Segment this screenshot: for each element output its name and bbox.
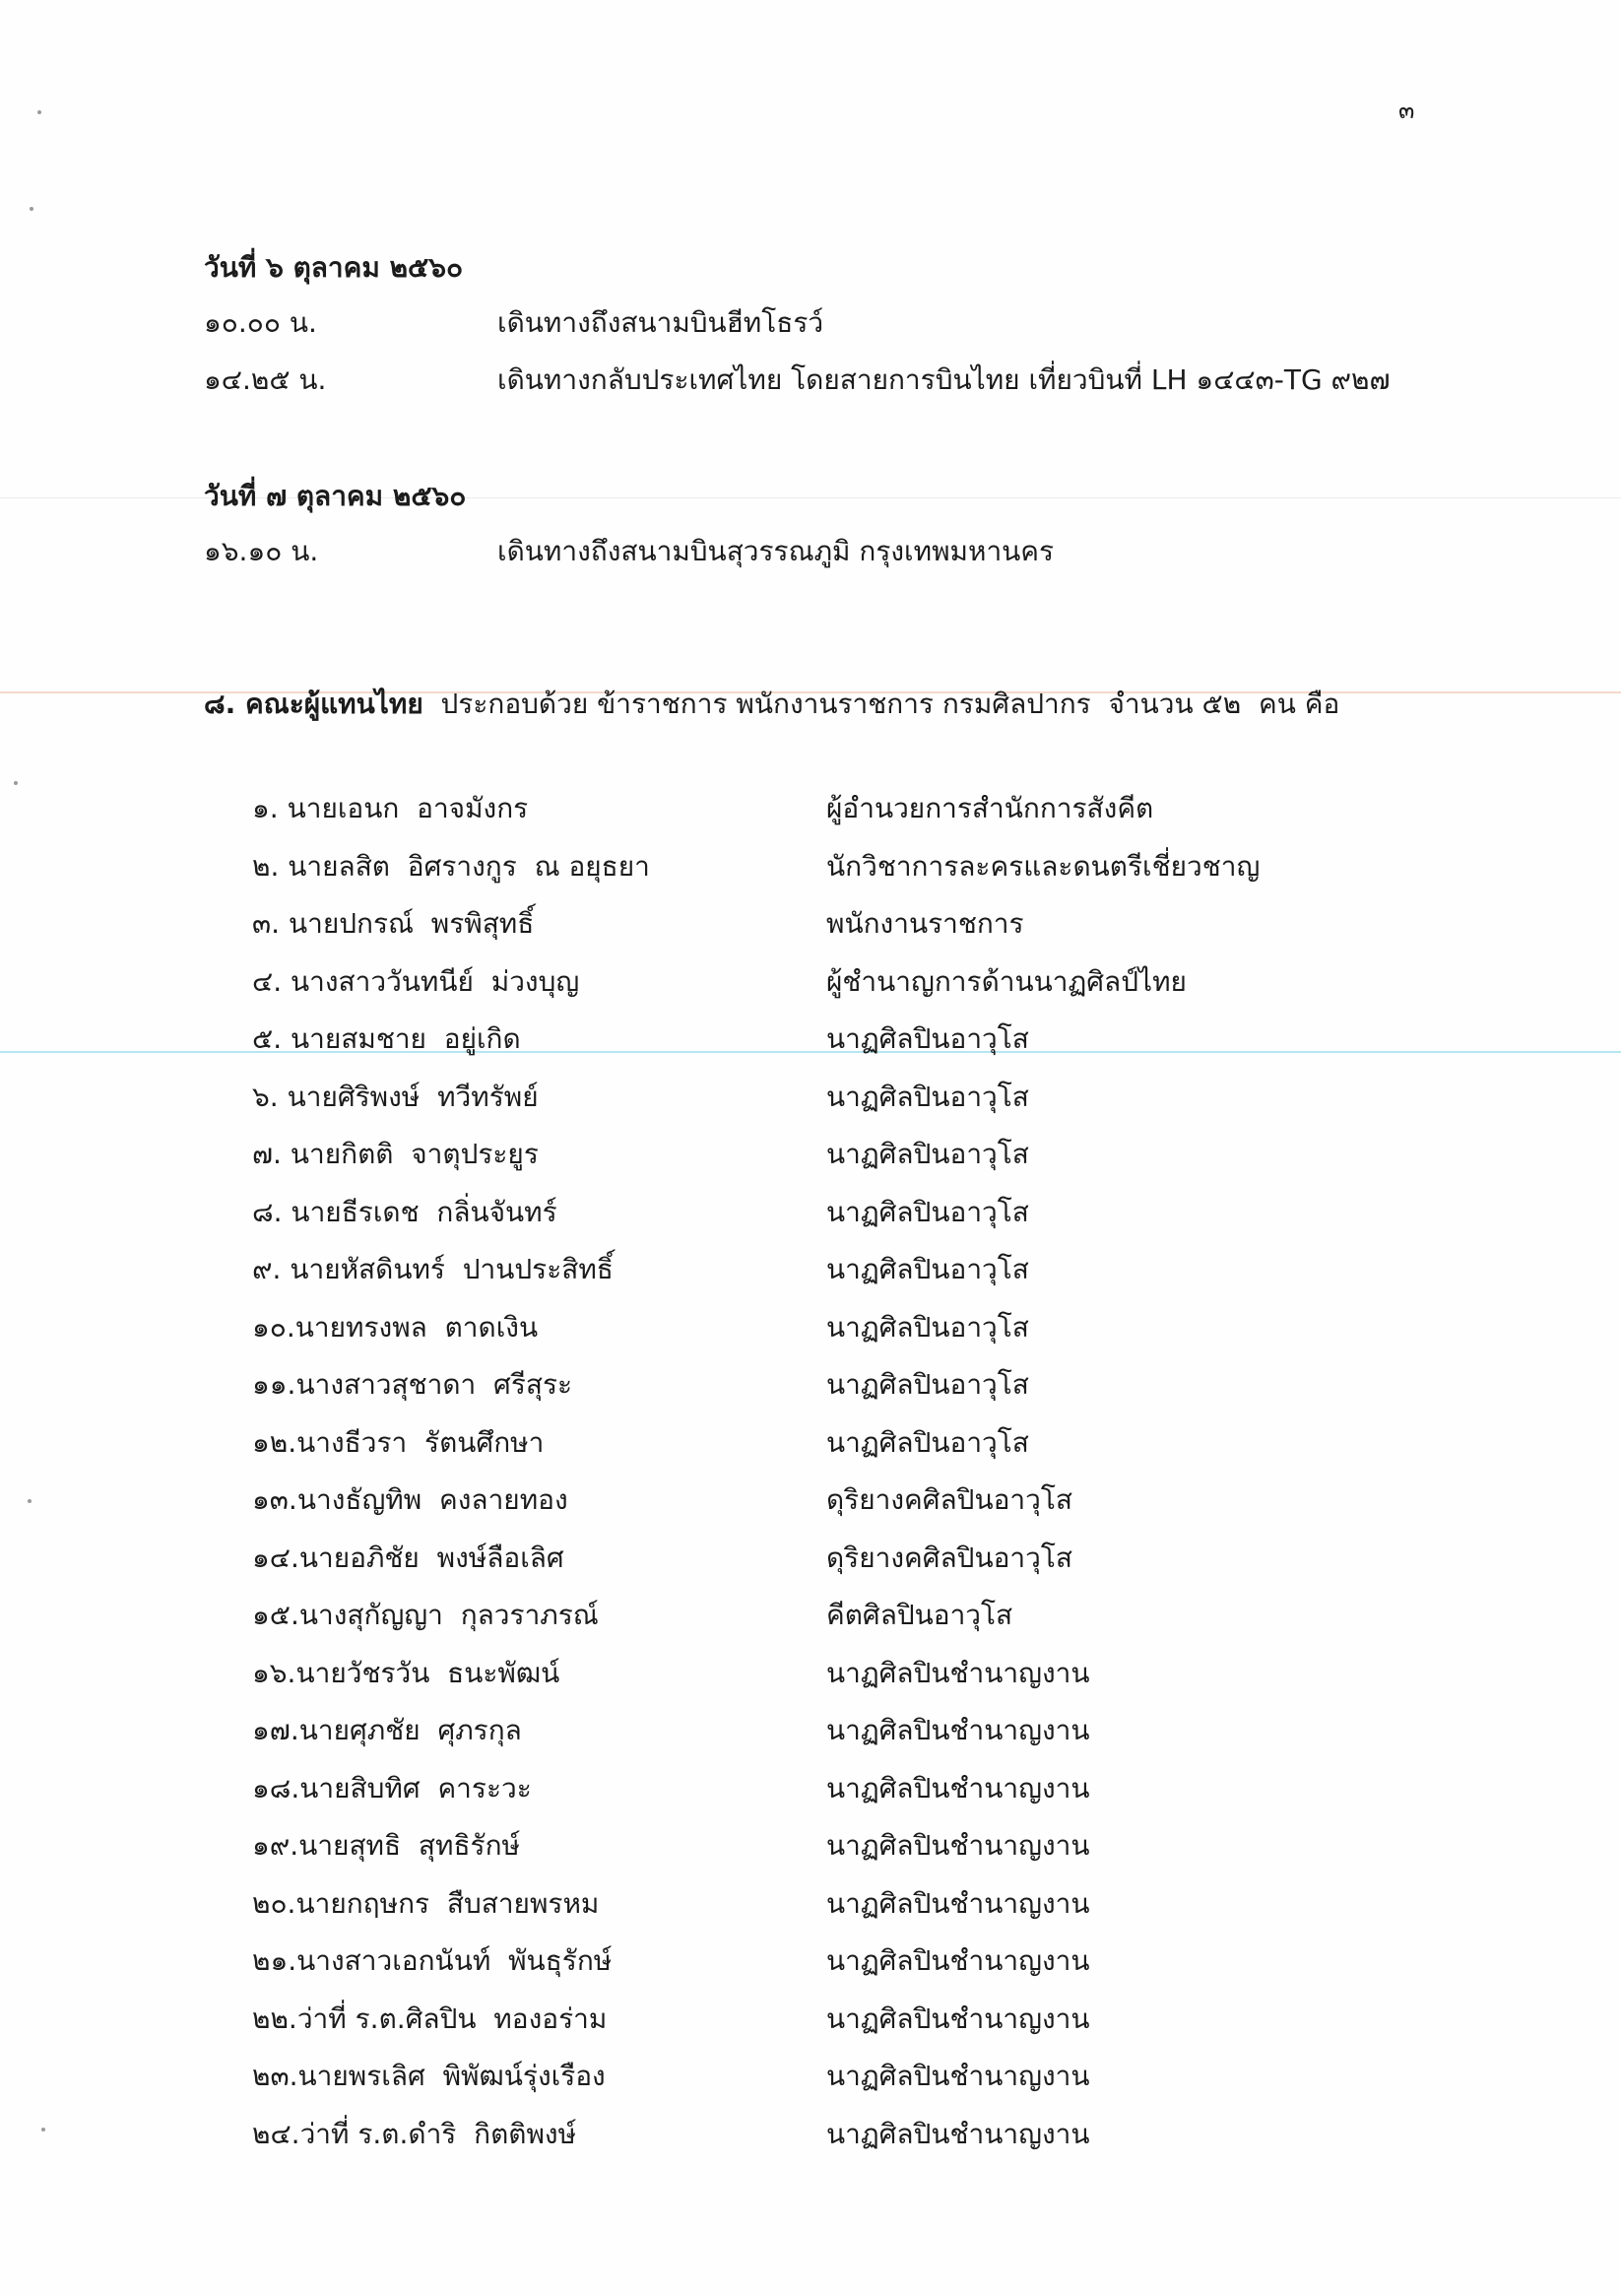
member-fullname: นางสาวเอกนันท์ พันธุรักษ์ [296, 1944, 612, 1977]
member-row: ๑๗.นายศุภชัย ศุภรกุลนาฏศิลปินชำนาญงาน [252, 1702, 1335, 1760]
member-position: นาฏศิลปินชำนาญงาน [826, 1824, 1090, 1868]
schedule-row: ๑๔.๒๕ น. เดินทางกลับประเทศไทย โดยสายการบ… [204, 359, 1391, 402]
member-row: ๑๔.นายอภิชัย พงษ์ลือเลิศดุริยางคศิลปินอา… [252, 1530, 1335, 1588]
member-row: ๕. นายสมชาย อยู่เกิดนาฏศิลปินอาวุโส [252, 1011, 1335, 1069]
member-position: ดุริยางคศิลปินอาวุโส [826, 1537, 1072, 1580]
member-fullname: นางธัญทิพ คงลายทอง [297, 1483, 568, 1516]
member-index: ๑๙. [252, 1824, 298, 1868]
member-index: ๑๓. [252, 1478, 297, 1522]
member-row: ๑๙.นายสุทธิ สุทธิรักษ์นาฏศิลปินชำนาญงาน [252, 1817, 1335, 1875]
member-position: คีตศิลปินอาวุโส [826, 1594, 1012, 1637]
member-position: นักวิชาการละครและดนตรีเชี่ยวชาญ [826, 845, 1260, 888]
member-name: ๗. นายกิตติ จาตุประยูร [252, 1133, 826, 1176]
member-fullname: ว่าที่ ร.ต.ศิลปิน ทองอร่าม [297, 2002, 607, 2035]
member-index: ๒๐. [252, 1882, 295, 1926]
member-index: ๗. [252, 1133, 282, 1176]
member-row: ๒๓.นายพรเลิศ พิพัฒน์รุ่งเรืองนาฏศิลปินชำ… [252, 2048, 1335, 2106]
section-description: ประกอบด้วย ข้าราชการ พนักงานราชการ กรมศิ… [423, 688, 1340, 720]
member-fullname: นางสาวสุชาดา ศรีสุระ [295, 1368, 572, 1401]
member-position: นาฏศิลปินอาวุโส [826, 1248, 1029, 1291]
document-page: ๓ วันที่ ๖ ตุลาคม ๒๕๖๐ ๑๐.๐๐ น. เดินทางถ… [0, 0, 1621, 2296]
member-fullname: นายลสิต อิศรางกูร ณ อยุธยา [288, 850, 650, 883]
member-position: นาฏศิลปินชำนาญงาน [826, 2113, 1090, 2156]
member-index: ๑๖. [252, 1652, 295, 1695]
section-title: ๘. คณะผู้แทนไทย [204, 688, 423, 720]
member-name: ๒๔.ว่าที่ ร.ต.ดำริ กิตติพงษ์ [252, 2113, 826, 2156]
member-row: ๖. นายศิริพงษ์ ทวีทรัพย์นาฏศิลปินอาวุโส [252, 1069, 1335, 1127]
member-index: ๑๗. [252, 1709, 299, 1752]
member-name: ๑๐.นายทรงพล ตาดเงิน [252, 1306, 826, 1349]
member-position: ผู้ชำนาญการด้านนาฏศิลป์ไทย [826, 960, 1187, 1004]
member-index: ๖. [252, 1076, 279, 1119]
member-row: ๒. นายลสิต อิศรางกูร ณ อยุธยานักวิชาการล… [252, 838, 1335, 896]
schedule-text: เดินทางถึงสนามบินสุวรรณภูมิ กรุงเทพมหานค… [497, 530, 1054, 573]
member-row: ๔. นางสาววันทนีย์ ม่วงบุญผู้ชำนาญการด้าน… [252, 953, 1335, 1012]
member-fullname: นายสุทธิ สุทธิรักษ์ [298, 1829, 520, 1862]
member-row: ๙. นายหัสดินทร์ ปานประสิทธิ์นาฏศิลปินอาว… [252, 1241, 1335, 1299]
member-row: ๘. นายธีรเดช กลิ่นจันทร์นาฏศิลปินอาวุโส [252, 1184, 1335, 1242]
member-name: ๑๔.นายอภิชัย พงษ์ลือเลิศ [252, 1537, 826, 1580]
member-row: ๒๑.นางสาวเอกนันท์ พันธุรักษ์นาฏศิลปินชำน… [252, 1933, 1335, 1991]
member-position: นาฏศิลปินชำนาญงาน [826, 2055, 1090, 2098]
member-index: ๒๑. [252, 1939, 296, 1983]
scan-speck [37, 110, 41, 114]
member-index: ๒๓. [252, 2055, 298, 2098]
member-name: ๑๓.นางธัญทิพ คงลายทอง [252, 1478, 826, 1522]
member-name: ๙. นายหัสดินทร์ ปานประสิทธิ์ [252, 1248, 826, 1291]
member-fullname: นางสาววันทนีย์ ม่วงบุญ [291, 965, 579, 998]
member-position: นาฏศิลปินชำนาญงาน [826, 1939, 1090, 1983]
member-fullname: นายวัชรวัน ธนะพัฒน์ [295, 1657, 559, 1689]
delegation-member-list: ๑. นายเอนก อาจมังกรผู้อำนวยการสำนักการสั… [252, 780, 1335, 2163]
member-fullname: นายกฤษกร สืบสายพรหม [295, 1887, 599, 1920]
member-position: นาฏศิลปินอาวุโส [826, 1076, 1029, 1119]
member-row: ๑๑.นางสาวสุชาดา ศรีสุระนาฏศิลปินอาวุโส [252, 1356, 1335, 1414]
member-fullname: นายสิบทิศ คาระวะ [299, 1772, 531, 1804]
member-fullname: นายปกรณ์ พรพิสุทธิ์ [289, 907, 534, 940]
member-index: ๘. [252, 1191, 283, 1234]
member-name: ๑๙.นายสุทธิ สุทธิรักษ์ [252, 1824, 826, 1868]
member-fullname: นายทรงพล ตาดเงิน [295, 1311, 538, 1344]
member-index: ๑๕. [252, 1594, 299, 1637]
page-number: ๓ [1398, 91, 1414, 129]
scan-speck [30, 207, 33, 211]
member-index: ๒. [252, 845, 279, 888]
member-row: ๑๒.นางธีวรา รัตนศึกษานาฏศิลปินอาวุโส [252, 1414, 1335, 1473]
member-row: ๗. นายกิตติ จาตุประยูรนาฏศิลปินอาวุโส [252, 1126, 1335, 1184]
day-heading: วันที่ ๗ ตุลาคม ๒๕๖๐ [204, 475, 466, 518]
member-row: ๒๔.ว่าที่ ร.ต.ดำริ กิตติพงษ์นาฏศิลปินชำน… [252, 2106, 1335, 2164]
day-heading: วันที่ ๖ ตุลาคม ๒๕๖๐ [204, 246, 463, 290]
member-row: ๑๐.นายทรงพล ตาดเงินนาฏศิลปินอาวุโส [252, 1299, 1335, 1357]
member-name: ๑๖.นายวัชรวัน ธนะพัฒน์ [252, 1652, 826, 1695]
member-name: ๑๒.นางธีวรา รัตนศึกษา [252, 1421, 826, 1465]
member-name: ๒๓.นายพรเลิศ พิพัฒน์รุ่งเรือง [252, 2055, 826, 2098]
member-index: ๑๔. [252, 1537, 299, 1580]
scan-speck [14, 781, 18, 785]
member-position: นาฏศิลปินชำนาญงาน [826, 1998, 1090, 2041]
member-name: ๕. นายสมชาย อยู่เกิด [252, 1017, 826, 1061]
member-index: ๓. [252, 902, 280, 946]
member-name: ๒. นายลสิต อิศรางกูร ณ อยุธยา [252, 845, 826, 888]
member-index: ๙. [252, 1248, 281, 1291]
scan-speck [28, 1499, 32, 1503]
member-position: ดุริยางคศิลปินอาวุโส [826, 1478, 1072, 1522]
member-name: ๑๘.นายสิบทิศ คาระวะ [252, 1767, 826, 1810]
member-fullname: นายสมชาย อยู่เกิด [291, 1022, 521, 1055]
member-position: นาฏศิลปินอาวุโส [826, 1306, 1029, 1349]
member-position: นาฏศิลปินอาวุโส [826, 1133, 1029, 1176]
schedule-row: ๑๐.๐๐ น. เดินทางถึงสนามบินฮีทโธรว์ [204, 301, 823, 345]
member-fullname: นายกิตติ จาตุประยูร [291, 1138, 539, 1170]
scan-speck [41, 2128, 45, 2132]
member-row: ๑๘.นายสิบทิศ คาระวะนาฏศิลปินชำนาญงาน [252, 1760, 1335, 1818]
member-index: ๑. [252, 787, 279, 830]
section-heading: ๘. คณะผู้แทนไทย ประกอบด้วย ข้าราชการ พนั… [204, 683, 1339, 726]
member-row: ๑๖.นายวัชรวัน ธนะพัฒน์นาฏศิลปินชำนาญงาน [252, 1645, 1335, 1703]
member-row: ๑๓.นางธัญทิพ คงลายทองดุริยางคศิลปินอาวุโ… [252, 1472, 1335, 1530]
member-name: ๘. นายธีรเดช กลิ่นจันทร์ [252, 1191, 826, 1234]
member-position: นาฏศิลปินชำนาญงาน [826, 1652, 1090, 1695]
member-position: พนักงานราชการ [826, 902, 1024, 946]
member-fullname: นายอภิชัย พงษ์ลือเลิศ [299, 1542, 564, 1574]
member-name: ๑. นายเอนก อาจมังกร [252, 787, 826, 830]
member-name: ๒๑.นางสาวเอกนันท์ พันธุรักษ์ [252, 1939, 826, 1983]
member-row: ๓. นายปกรณ์ พรพิสุทธิ์พนักงานราชการ [252, 895, 1335, 953]
member-index: ๑๘. [252, 1767, 299, 1810]
schedule-time: ๑๔.๒๕ น. [204, 359, 497, 402]
member-position: นาฏศิลปินอาวุโส [826, 1363, 1029, 1407]
member-index: ๒๒. [252, 1998, 297, 2041]
member-name: ๓. นายปกรณ์ พรพิสุทธิ์ [252, 902, 826, 946]
member-fullname: นายเอนก อาจมังกร [288, 792, 529, 824]
member-position: นาฏศิลปินชำนาญงาน [826, 1709, 1090, 1752]
schedule-text: เดินทางกลับประเทศไทย โดยสายการบินไทย เที… [497, 359, 1391, 402]
member-fullname: นางสุกัญญา กุลวราภรณ์ [299, 1599, 599, 1631]
member-position: ผู้อำนวยการสำนักการสังคีต [826, 787, 1153, 830]
member-position: นาฏศิลปินชำนาญงาน [826, 1882, 1090, 1926]
member-fullname: นายธีรเดช กลิ่นจันทร์ [291, 1196, 556, 1228]
member-index: ๑๑. [252, 1363, 295, 1407]
member-fullname: นายพรเลิศ พิพัฒน์รุ่งเรือง [298, 2060, 606, 2092]
member-name: ๖. นายศิริพงษ์ ทวีทรัพย์ [252, 1076, 826, 1119]
member-row: ๒๐.นายกฤษกร สืบสายพรหมนาฏศิลปินชำนาญงาน [252, 1875, 1335, 1934]
member-position: นาฏศิลปินชำนาญงาน [826, 1767, 1090, 1810]
schedule-row: ๑๖.๑๐ น. เดินทางถึงสนามบินสุวรรณภูมิ กรุ… [204, 530, 1054, 573]
member-name: ๑๗.นายศุภชัย ศุภรกุล [252, 1709, 826, 1752]
member-position: นาฏศิลปินอาวุโส [826, 1421, 1029, 1465]
member-name: ๑๕.นางสุกัญญา กุลวราภรณ์ [252, 1594, 826, 1637]
member-name: ๒๐.นายกฤษกร สืบสายพรหม [252, 1882, 826, 1926]
schedule-text: เดินทางถึงสนามบินฮีทโธรว์ [497, 301, 823, 345]
member-index: ๑๐. [252, 1306, 295, 1349]
member-fullname: ว่าที่ ร.ต.ดำริ กิตติพงษ์ [300, 2118, 576, 2150]
member-row: ๑๕.นางสุกัญญา กุลวราภรณ์คีตศิลปินอาวุโส [252, 1587, 1335, 1645]
schedule-time: ๑๖.๑๐ น. [204, 530, 497, 573]
member-index: ๕. [252, 1017, 282, 1061]
member-row: ๑. นายเอนก อาจมังกรผู้อำนวยการสำนักการสั… [252, 780, 1335, 838]
schedule-time: ๑๐.๐๐ น. [204, 301, 497, 345]
member-index: ๑๒. [252, 1421, 296, 1465]
member-fullname: นางธีวรา รัตนศึกษา [296, 1426, 544, 1459]
member-index: ๒๔. [252, 2113, 300, 2156]
member-name: ๒๒.ว่าที่ ร.ต.ศิลปิน ทองอร่าม [252, 1998, 826, 2041]
member-fullname: นายหัสดินทร์ ปานประสิทธิ์ [290, 1253, 614, 1285]
member-position: นาฏศิลปินอาวุโส [826, 1017, 1029, 1061]
member-fullname: นายศุภชัย ศุภรกุล [299, 1714, 522, 1746]
member-name: ๔. นางสาววันทนีย์ ม่วงบุญ [252, 960, 826, 1004]
member-row: ๒๒.ว่าที่ ร.ต.ศิลปิน ทองอร่ามนาฏศิลปินชำ… [252, 1991, 1335, 2049]
member-name: ๑๑.นางสาวสุชาดา ศรีสุระ [252, 1363, 826, 1407]
member-position: นาฏศิลปินอาวุโส [826, 1191, 1029, 1234]
member-fullname: นายศิริพงษ์ ทวีทรัพย์ [288, 1081, 539, 1113]
member-index: ๔. [252, 960, 282, 1004]
